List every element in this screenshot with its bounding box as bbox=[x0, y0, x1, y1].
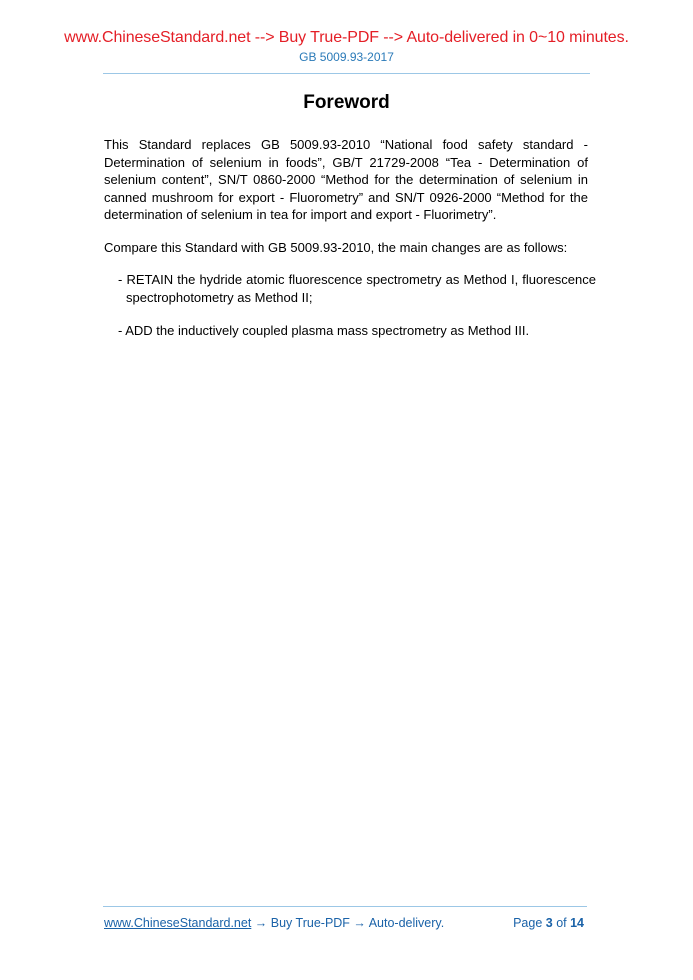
document-id: GB 5009.93-2017 bbox=[0, 50, 693, 64]
page-current: 3 bbox=[546, 916, 553, 930]
footer-promo: www.ChineseStandard.net → Buy True-PDF →… bbox=[104, 916, 444, 930]
footer-divider bbox=[103, 906, 587, 907]
change-item: - ADD the inductively coupled plasma mas… bbox=[118, 322, 596, 340]
change-item: - RETAIN the hydride atomic fluorescence… bbox=[118, 271, 596, 306]
footer-site-link[interactable]: www.ChineseStandard.net bbox=[104, 916, 251, 930]
page-of-label: of bbox=[553, 916, 570, 930]
header-divider bbox=[103, 73, 590, 74]
page-number: Page 3 of 14 bbox=[513, 916, 584, 930]
page-label: Page bbox=[513, 916, 546, 930]
promo-banner: www.ChineseStandard.net --> Buy True-PDF… bbox=[0, 29, 693, 47]
foreword-paragraph-2: Compare this Standard with GB 5009.93-20… bbox=[104, 239, 588, 257]
foreword-paragraph-1: This Standard replaces GB 5009.93-2010 “… bbox=[104, 136, 588, 224]
page-total: 14 bbox=[570, 916, 584, 930]
page-title: Foreword bbox=[0, 92, 693, 114]
footer-tagline: → Buy True-PDF → Auto-delivery. bbox=[251, 916, 444, 930]
